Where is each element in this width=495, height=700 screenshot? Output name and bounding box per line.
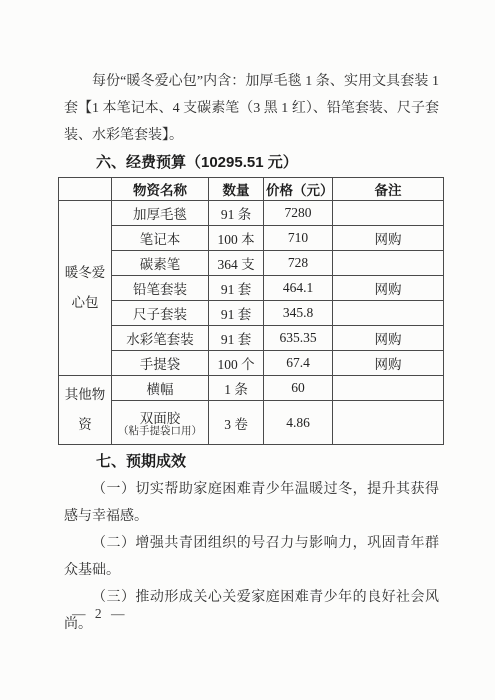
cell-name: 笔记本 [112,226,209,251]
cell-qty: 3 卷 [209,401,264,445]
header-name: 物资名称 [112,178,209,201]
cell-qty: 91 套 [209,301,264,326]
scanned-document-page: 每份“暖冬爱心包”内含：加厚毛毯 1 条、实用文具套装 1 套【1 本笔记本、4… [0,0,495,700]
cell-qty: 364 支 [209,251,264,276]
cell-qty: 91 套 [209,276,264,301]
cell-price: 4.86 [264,401,333,445]
cell-name: 铅笔套装 [112,276,209,301]
table-row: 暖冬爱心包 加厚毛毯 91 条 7280 [59,201,444,226]
intro-paragraph: 每份“暖冬爱心包”内含：加厚毛毯 1 条、实用文具套装 1 套【1 本笔记本、4… [58,68,443,149]
cell-name-sub: （粘手提袋口用） [114,425,206,438]
page-number: — 2 — [72,606,128,622]
page-content: 每份“暖冬爱心包”内含：加厚毛毯 1 条、实用文具套装 1 套【1 本笔记本、4… [58,68,443,638]
outcome-item-2: （二）增强共青团组织的号召力与影响力，巩固青年群众基础。 [58,530,443,584]
cell-price: 710 [264,226,333,251]
cell-name: 尺子套装 [112,301,209,326]
cell-note [333,201,444,226]
header-qty: 数量 [209,178,264,201]
cell-name: 碳素笔 [112,251,209,276]
cell-price: 7280 [264,201,333,226]
cell-qty: 91 条 [209,201,264,226]
table-row: 铅笔套装 91 套 464.1 网购 [59,276,444,301]
table-row: 双面胶（粘手提袋口用） 3 卷 4.86 [59,401,444,445]
cell-price: 67.4 [264,351,333,376]
header-group-blank [59,178,112,201]
table-row: 笔记本 100 本 710 网购 [59,226,444,251]
outcome-item-1: （一）切实帮助家庭困难青少年温暖过冬，提升其获得感与幸福感。 [58,476,443,530]
outcome-section-heading: 七、预期成效 [58,452,443,472]
cell-note: 网购 [333,326,444,351]
cell-name: 双面胶（粘手提袋口用） [112,401,209,445]
cell-note [333,401,444,445]
cell-name: 加厚毛毯 [112,201,209,226]
cell-name: 手提袋 [112,351,209,376]
cell-price: 728 [264,251,333,276]
cell-price: 60 [264,376,333,401]
cell-note [333,301,444,326]
cell-qty: 91 套 [209,326,264,351]
table-row: 水彩笔套装 91 套 635.35 网购 [59,326,444,351]
cell-price: 635.35 [264,326,333,351]
cell-price: 464.1 [264,276,333,301]
table-header-row: 物资名称 数量 价格（元） 备注 [59,178,444,201]
cell-note [333,376,444,401]
table-row: 其他物资 横幅 1 条 60 [59,376,444,401]
cell-qty: 100 个 [209,351,264,376]
cell-price: 345.8 [264,301,333,326]
cell-note: 网购 [333,226,444,251]
cell-qty: 1 条 [209,376,264,401]
header-note: 备注 [333,178,444,201]
cell-note: 网购 [333,276,444,301]
group-label-care-package: 暖冬爱心包 [59,201,112,376]
cell-name-main: 双面胶 [140,411,181,426]
budget-table: 物资名称 数量 价格（元） 备注 暖冬爱心包 加厚毛毯 91 条 7280 笔记… [58,177,444,445]
table-row: 碳素笔 364 支 728 [59,251,444,276]
cell-name: 横幅 [112,376,209,401]
cell-qty: 100 本 [209,226,264,251]
table-row: 尺子套装 91 套 345.8 [59,301,444,326]
cell-note: 网购 [333,351,444,376]
budget-section-heading: 六、经费预算（10295.51 元） [58,153,443,173]
header-price: 价格（元） [264,178,333,201]
cell-note [333,251,444,276]
group-label-other-supplies: 其他物资 [59,376,112,445]
table-row: 手提袋 100 个 67.4 网购 [59,351,444,376]
cell-name: 水彩笔套装 [112,326,209,351]
